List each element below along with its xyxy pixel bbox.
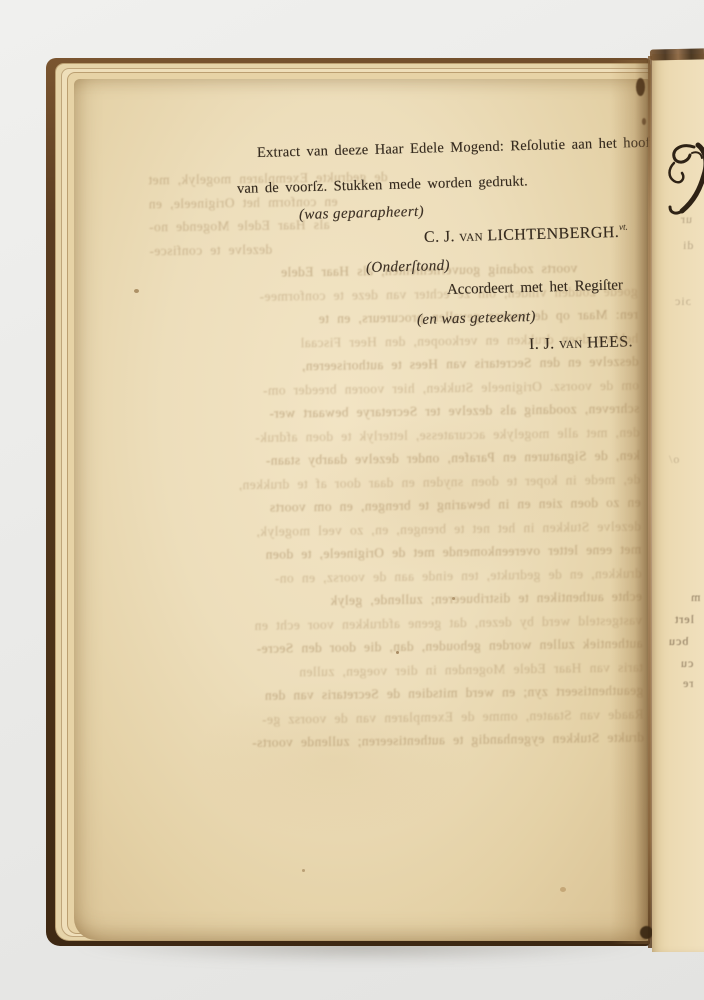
right-page-fragments: urdiɔico/mlertbcucure xyxy=(652,54,704,952)
extract-line-1: Extract van deeze Haar Edele Mogend: Reſ… xyxy=(257,134,650,161)
edge-text-fragment: bcu xyxy=(668,634,688,649)
foxing-spot xyxy=(302,869,305,872)
edge-text-fragment: re xyxy=(682,676,693,691)
onderstond-note: (Onderſtond) xyxy=(366,258,450,277)
edge-text-fragment: o/ xyxy=(668,452,679,467)
gutter-stain xyxy=(642,118,646,125)
gutter-shadow xyxy=(610,60,650,944)
bleedthrough-block: de gedrukte Exemplaren mogelyk, meten co… xyxy=(144,162,644,756)
edge-text-fragment: cu xyxy=(680,656,693,671)
book-photo-scene: de gedrukte Exemplaren mogelyk, meten co… xyxy=(0,0,704,1000)
right-page-strip: urdiɔico/mlertbcucure xyxy=(652,54,704,952)
edge-text-fragment: ur xyxy=(680,212,692,227)
signature-surname: LICHTENBERGH. xyxy=(487,224,619,244)
paraph-note: (was geparapheert) xyxy=(299,204,425,224)
right-page-top-edge xyxy=(650,48,704,60)
left-page: de gedrukte Exemplaren mogelyk, meten co… xyxy=(74,79,650,940)
foxing-spot xyxy=(452,597,455,600)
signature-particle: van xyxy=(459,228,483,245)
gutter-stain xyxy=(636,78,645,96)
signature-initials: C. J. xyxy=(424,228,455,246)
signed-note: (en was geteekent) xyxy=(417,309,536,329)
foxing-spot xyxy=(560,887,566,892)
edge-text-fragment: ɔic xyxy=(674,294,691,309)
signature-particle: van xyxy=(559,336,583,353)
edge-text-fragment: m xyxy=(690,590,700,605)
edge-text-fragment: di xyxy=(682,238,693,253)
foxing-spot xyxy=(134,289,139,293)
signature-initials: I. J. xyxy=(529,335,555,353)
edge-text-fragment: lert xyxy=(674,612,694,627)
foxing-spot xyxy=(396,651,399,654)
